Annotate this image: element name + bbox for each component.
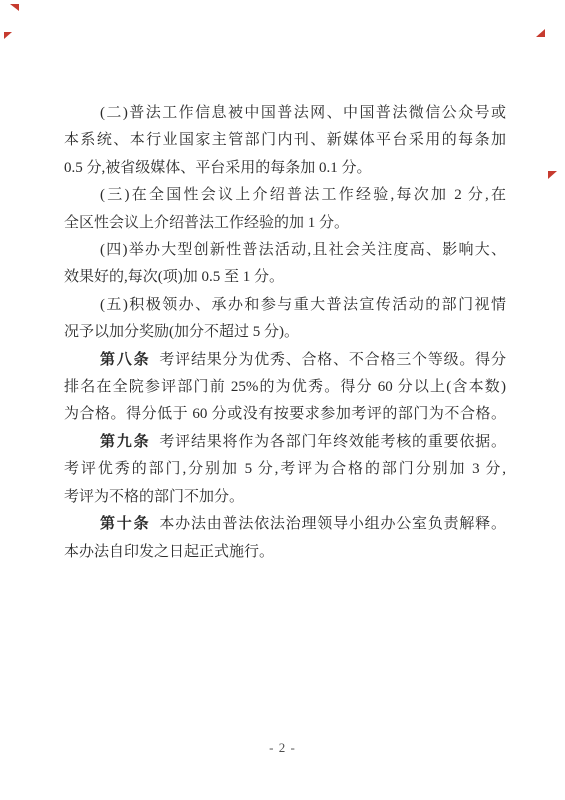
- line-text: 本系统、本行业国家主管部门内刊、新媒体平台采用的每条加: [64, 132, 506, 148]
- paragraph: 第八条考评结果分为优秀、合格、不合格三个等级。得分排名在全院参评部门前 25%的…: [64, 347, 506, 429]
- article-number: 第八条: [100, 352, 150, 368]
- text-line: 效果好的,每次(项)加 0.5 至 1 分。: [64, 264, 506, 291]
- document-body: (二)普法工作信息被中国普法网、中国普法微信公众号或本系统、本行业国家主管部门内…: [64, 100, 506, 566]
- text-line: 况予以加分奖励(加分不超过 5 分)。: [64, 319, 506, 346]
- document-page: (二)普法工作信息被中国普法网、中国普法微信公众号或本系统、本行业国家主管部门内…: [0, 0, 565, 800]
- line-text: 考评优秀的部门,分别加 5 分,考评为合格的部门分别加 3 分,: [64, 461, 506, 477]
- text-line: 本办法自印发之日起正式施行。: [64, 539, 506, 566]
- red-corner-mark: [10, 4, 19, 11]
- page-number: - 2 -: [0, 740, 565, 756]
- text-line: (五)积极领办、承办和参与重大普法宣传活动的部门视情: [64, 292, 506, 319]
- text-line: (二)普法工作信息被中国普法网、中国普法微信公众号或: [64, 100, 506, 127]
- paragraph: 第十条本办法由普法依法治理领导小组办公室负责解释。本办法自印发之日起正式施行。: [64, 511, 506, 566]
- paragraph: (三)在全国性会议上介绍普法工作经验,每次加 2 分,在全区性会议上介绍普法工作…: [64, 182, 506, 237]
- article-number: 第十条: [100, 516, 150, 532]
- line-text: 全区性会议上介绍普法工作经验的加 1 分。: [64, 215, 349, 231]
- text-line: 0.5 分,被省级媒体、平台采用的每条加 0.1 分。: [64, 155, 506, 182]
- line-text: 本办法由普法依法治理领导小组办公室负责解释。: [159, 516, 506, 532]
- text-line: 第十条本办法由普法依法治理领导小组办公室负责解释。: [64, 511, 506, 538]
- line-text: 考评为不格的部门不加分。: [64, 489, 244, 505]
- paragraph: 第九条考评结果将作为各部门年终效能考核的重要依据。考评优秀的部门,分别加 5 分…: [64, 429, 506, 511]
- text-line: 第八条考评结果分为优秀、合格、不合格三个等级。得分: [64, 347, 506, 374]
- text-line: 考评优秀的部门,分别加 5 分,考评为合格的部门分别加 3 分,: [64, 456, 506, 483]
- line-text: 本办法自印发之日起正式施行。: [64, 544, 274, 560]
- text-line: (三)在全国性会议上介绍普法工作经验,每次加 2 分,在: [64, 182, 506, 209]
- line-text: (五)积极领办、承办和参与重大普法宣传活动的部门视情: [100, 297, 506, 313]
- paragraph: (四)举办大型创新性普法活动,且社会关注度高、影响大、效果好的,每次(项)加 0…: [64, 237, 506, 292]
- line-text: 况予以加分奖励(加分不超过 5 分)。: [64, 324, 299, 340]
- line-text: (四)举办大型创新性普法活动,且社会关注度高、影响大、: [100, 242, 506, 258]
- text-line: 本系统、本行业国家主管部门内刊、新媒体平台采用的每条加: [64, 127, 506, 154]
- line-text: 为合格。得分低于 60 分或没有按要求参加考评的部门为不合格。: [64, 406, 506, 422]
- text-line: 为合格。得分低于 60 分或没有按要求参加考评的部门为不合格。: [64, 401, 506, 428]
- text-line: 考评为不格的部门不加分。: [64, 484, 506, 511]
- paragraph: (五)积极领办、承办和参与重大普法宣传活动的部门视情况予以加分奖励(加分不超过 …: [64, 292, 506, 347]
- line-text: 考评结果分为优秀、合格、不合格三个等级。得分: [159, 352, 506, 368]
- text-line: (四)举办大型创新性普法活动,且社会关注度高、影响大、: [64, 237, 506, 264]
- line-text: (二)普法工作信息被中国普法网、中国普法微信公众号或: [100, 105, 506, 121]
- text-line: 全区性会议上介绍普法工作经验的加 1 分。: [64, 210, 506, 237]
- red-corner-mark: [536, 29, 545, 37]
- text-line: 排名在全院参评部门前 25%的为优秀。得分 60 分以上(含本数): [64, 374, 506, 401]
- line-text: 0.5 分,被省级媒体、平台采用的每条加 0.1 分。: [64, 160, 372, 176]
- paragraph: (二)普法工作信息被中国普法网、中国普法微信公众号或本系统、本行业国家主管部门内…: [64, 100, 506, 182]
- red-corner-mark: [548, 171, 557, 179]
- line-text: (三)在全国性会议上介绍普法工作经验,每次加 2 分,在: [100, 187, 506, 203]
- line-text: 考评结果将作为各部门年终效能考核的重要依据。: [159, 434, 506, 450]
- line-text: 排名在全院参评部门前 25%的为优秀。得分 60 分以上(含本数): [64, 379, 506, 395]
- red-corner-mark: [4, 32, 12, 39]
- text-line: 第九条考评结果将作为各部门年终效能考核的重要依据。: [64, 429, 506, 456]
- article-number: 第九条: [100, 434, 150, 450]
- line-text: 效果好的,每次(项)加 0.5 至 1 分。: [64, 269, 284, 285]
